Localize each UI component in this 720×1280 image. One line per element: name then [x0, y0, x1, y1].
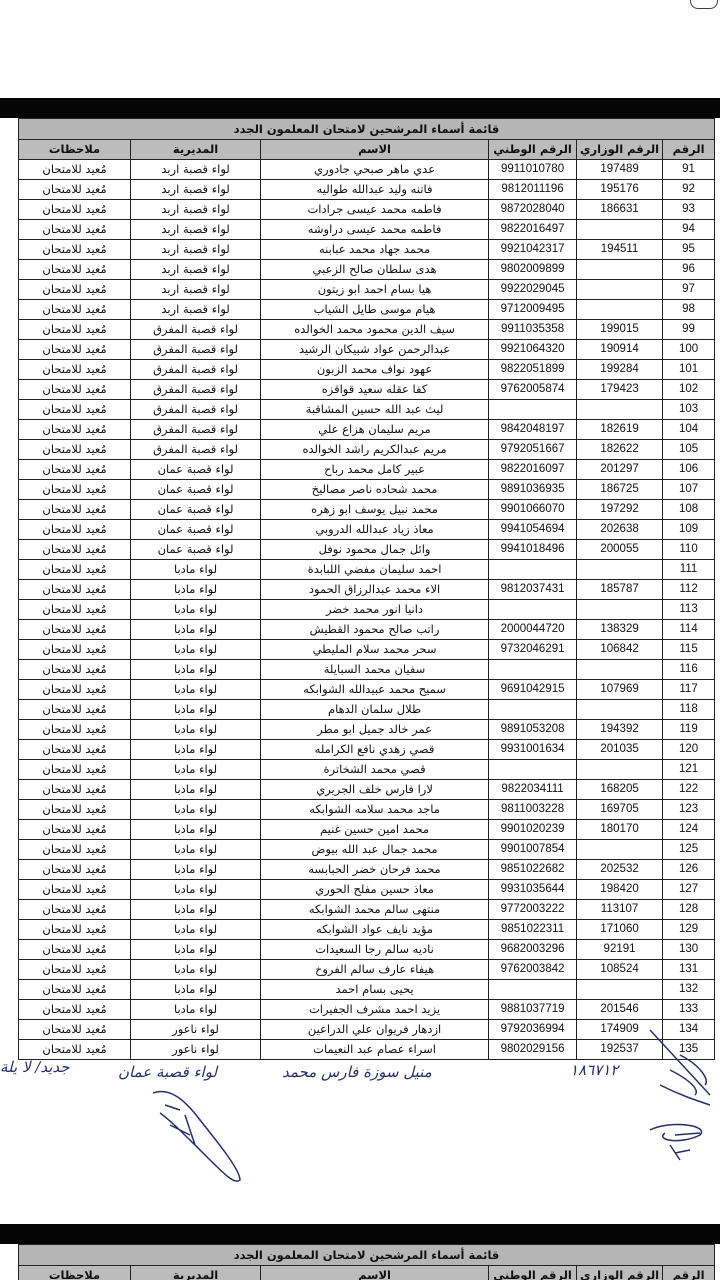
- directorate-cell: لواء قصبة اربد: [131, 160, 261, 180]
- national-number-cell: 9891036935: [489, 480, 577, 500]
- table-row: 1071867259891036935محمد شحاده ناصر مصالي…: [19, 480, 715, 500]
- table-row: 1171079699691042915سميح محمد عبيدالله ال…: [19, 680, 715, 700]
- next-col-header-directorate: المديرية: [131, 1266, 261, 1280]
- table-row: 1311085249762003842هيفاء عارف سالم الفرو…: [19, 960, 715, 980]
- candidate-name-cell: هيفاء عارف سالم الفروخ: [261, 960, 489, 980]
- notes-cell: مُعيد للامتحان: [19, 340, 131, 360]
- row-number-cell: 125: [663, 840, 715, 860]
- candidate-name-cell: ماجد محمد سلامه الشوابكه: [261, 800, 489, 820]
- candidate-name-cell: سميح محمد عبيدالله الشوابكه: [261, 680, 489, 700]
- row-number-cell: 100: [663, 340, 715, 360]
- national-number-cell: 9901020239: [489, 820, 577, 840]
- notes-cell: مُعيد للامتحان: [19, 880, 131, 900]
- row-number-cell: 128: [663, 900, 715, 920]
- ministry-number-cell: 197292: [577, 500, 663, 520]
- row-number-cell: 129: [663, 920, 715, 940]
- candidate-name-cell: دانيا انور محمد خضر: [261, 600, 489, 620]
- national-number-cell: 9931035644: [489, 880, 577, 900]
- table-row: 1281131079772003222منتهى سالم محمد الشوا…: [19, 900, 715, 920]
- notes-cell: مُعيد للامتحان: [19, 820, 131, 840]
- candidate-name-cell: يحيى بسام احمد: [261, 980, 489, 1000]
- ministry-number-cell: 194511: [577, 240, 663, 260]
- directorate-cell: لواء ناعور: [131, 1040, 261, 1060]
- ministry-number-cell: 202532: [577, 860, 663, 880]
- directorate-cell: لواء مادبا: [131, 960, 261, 980]
- handwritten-status: جديد/ لا يلة: [0, 1058, 70, 1076]
- row-number-cell: 112: [663, 580, 715, 600]
- notes-cell: مُعيد للامتحان: [19, 400, 131, 420]
- table-row: 1151068429732046291سحر محمد سلام المليطي…: [19, 640, 715, 660]
- candidate-name-cell: ازدهار فريوان علي الدراعين: [261, 1020, 489, 1040]
- candidate-name-cell: احمد سليمان مفضي اللبابدة: [261, 560, 489, 580]
- table-body: 911974899911010780عدي ماهر صبحي جادوريلو…: [19, 160, 715, 1060]
- table-row: 949822016497فاطمه محمد عيسى دراوشهلواء ق…: [19, 220, 715, 240]
- directorate-cell: لواء مادبا: [131, 980, 261, 1000]
- next-page-title: قائمة أسماء المرشحين لامتحان المعلمون ال…: [19, 1245, 715, 1266]
- row-number-cell: 107: [663, 480, 715, 500]
- directorate-cell: لواء مادبا: [131, 700, 261, 720]
- scan-band-bottom: [0, 1224, 720, 1244]
- row-number-cell: 131: [663, 960, 715, 980]
- notes-cell: مُعيد للامتحان: [19, 240, 131, 260]
- next-col-header-number: الرقم: [663, 1266, 715, 1280]
- ministry-number-cell: [577, 400, 663, 420]
- notes-cell: مُعيد للامتحان: [19, 480, 131, 500]
- table-title: قائمة أسماء المرشحين لامتحان المعلمون ال…: [19, 119, 715, 140]
- table-row: 1041826199842048197مريم سليمان هزاع عليل…: [19, 420, 715, 440]
- next-col-header-national-number: الرقم الوطني: [489, 1266, 577, 1280]
- candidate-name-cell: محمد شحاده ناصر مصاليخ: [261, 480, 489, 500]
- directorate-cell: لواء قصبة عمان: [131, 500, 261, 520]
- ministry-number-cell: 168205: [577, 780, 663, 800]
- ministry-number-cell: [577, 300, 663, 320]
- notes-cell: مُعيد للامتحان: [19, 800, 131, 820]
- candidates-table: قائمة أسماء المرشحين لامتحان المعلمون ال…: [18, 118, 715, 1060]
- national-number-cell: 9881037719: [489, 1000, 577, 1020]
- candidate-name-cell: سفيان محمد السبايلة: [261, 660, 489, 680]
- candidate-name-cell: يزيد احمد مشرف الجفيرات: [261, 1000, 489, 1020]
- row-number-cell: 104: [663, 420, 715, 440]
- row-number-cell: 115: [663, 640, 715, 660]
- table-row: 989712009495هيام موسى طايل الشيابلواء قص…: [19, 300, 715, 320]
- directorate-cell: لواء قصبة عمان: [131, 520, 261, 540]
- table-row: 1092026389941054694معاذ زياد عبدالله الد…: [19, 520, 715, 540]
- ministry-number-cell: 179423: [577, 380, 663, 400]
- candidate-name-cell: محمد امين حسين غنيم: [261, 820, 489, 840]
- directorate-cell: لواء مادبا: [131, 940, 261, 960]
- notes-cell: مُعيد للامتحان: [19, 980, 131, 1000]
- notes-cell: مُعيد للامتحان: [19, 600, 131, 620]
- candidate-name-cell: هدى سلطان صالح الزعبي: [261, 260, 489, 280]
- national-number-cell: 9922029045: [489, 280, 577, 300]
- notes-cell: مُعيد للامتحان: [19, 580, 131, 600]
- table-row: 1221682059822034111لارا فارس خلف الجريري…: [19, 780, 715, 800]
- table-title-row: قائمة أسماء المرشحين لامتحان المعلمون ال…: [19, 119, 715, 140]
- notes-cell: مُعيد للامتحان: [19, 620, 131, 640]
- candidate-name-cell: سحر محمد سلام المليطي: [261, 640, 489, 660]
- next-page-title-row: قائمة أسماء المرشحين لامتحان المعلمون ال…: [19, 1245, 715, 1266]
- notes-cell: مُعيد للامتحان: [19, 960, 131, 980]
- notes-cell: مُعيد للامتحان: [19, 720, 131, 740]
- notes-cell: مُعيد للامتحان: [19, 260, 131, 280]
- national-number-cell: 9842048197: [489, 420, 577, 440]
- candidate-name-cell: راتب صالح محمود القطيش: [261, 620, 489, 640]
- ministry-number-cell: [577, 760, 663, 780]
- national-number-cell: [489, 660, 577, 680]
- candidate-name-cell: هيا بسام احمد ابو زيتون: [261, 280, 489, 300]
- row-number-cell: 127: [663, 880, 715, 900]
- notes-cell: مُعيد للامتحان: [19, 540, 131, 560]
- notes-cell: مُعيد للامتحان: [19, 460, 131, 480]
- row-number-cell: 97: [663, 280, 715, 300]
- directorate-cell: لواء قصبة المفرق: [131, 420, 261, 440]
- national-number-cell: 9802009899: [489, 260, 577, 280]
- directorate-cell: لواء قصبة اربد: [131, 300, 261, 320]
- national-number-cell: 9772003222: [489, 900, 577, 920]
- national-number-cell: 9931001634: [489, 740, 577, 760]
- table-row: 1062012979822016097عبير كامل محمد رباحلو…: [19, 460, 715, 480]
- table-row: 118طلال سلمان الدهاملواء مادبامُعيد للام…: [19, 700, 715, 720]
- ministry-number-cell: 197489: [577, 160, 663, 180]
- row-number-cell: 109: [663, 520, 715, 540]
- candidate-name-cell: مؤيد نايف عواد الشوابكه: [261, 920, 489, 940]
- row-number-cell: 98: [663, 300, 715, 320]
- national-number-cell: 9822051899: [489, 360, 577, 380]
- notes-cell: مُعيد للامتحان: [19, 520, 131, 540]
- national-number-cell: 9802029156: [489, 1040, 577, 1060]
- notes-cell: مُعيد للامتحان: [19, 680, 131, 700]
- ministry-number-cell: [577, 560, 663, 580]
- directorate-cell: لواء مادبا: [131, 840, 261, 860]
- table-row: 1051826229792051667مريم عبدالكريم راشد ا…: [19, 440, 715, 460]
- directorate-cell: لواء مادبا: [131, 720, 261, 740]
- candidate-name-cell: هيام موسى طايل الشياب: [261, 300, 489, 320]
- row-number-cell: 106: [663, 460, 715, 480]
- row-number-cell: 105: [663, 440, 715, 460]
- row-number-cell: 119: [663, 720, 715, 740]
- ministry-number-cell: [577, 280, 663, 300]
- row-number-cell: 122: [663, 780, 715, 800]
- notes-cell: مُعيد للامتحان: [19, 1040, 131, 1060]
- directorate-cell: لواء مادبا: [131, 800, 261, 820]
- candidate-name-cell: الاء محمد عبدالرزاق الحمود: [261, 580, 489, 600]
- candidate-name-cell: محمد جمال عبد الله بيوض: [261, 840, 489, 860]
- ministry-number-cell: 201546: [577, 1000, 663, 1020]
- candidate-name-cell: عمر خالد جميل ابو مطر: [261, 720, 489, 740]
- candidate-name-cell: معاذ حسين مفلح الحوري: [261, 880, 489, 900]
- national-number-cell: 9851022311: [489, 920, 577, 940]
- national-number-cell: 9901066070: [489, 500, 577, 520]
- handwritten-name: منيل سوزة فارس محمد: [282, 1063, 432, 1081]
- candidate-name-cell: طلال سلمان الدهام: [261, 700, 489, 720]
- national-number-cell: 9822016097: [489, 460, 577, 480]
- directorate-cell: لواء قصبة اربد: [131, 280, 261, 300]
- row-number-cell: 101: [663, 360, 715, 380]
- table-row: 1291710609851022311مؤيد نايف عواد الشواب…: [19, 920, 715, 940]
- table-row: 132يحيى بسام احمدلواء مادبامُعيد للامتحا…: [19, 980, 715, 1000]
- notes-cell: مُعيد للامتحان: [19, 360, 131, 380]
- table-row: 1001909149921064320عبدالرحمن عواد شبيكان…: [19, 340, 715, 360]
- candidate-name-cell: عدي ماهر صبحي جادوري: [261, 160, 489, 180]
- table-row: 1259901007854محمد جمال عبد الله بيوضلواء…: [19, 840, 715, 860]
- directorate-cell: لواء مادبا: [131, 660, 261, 680]
- col-header-national-number: الرقم الوطني: [489, 140, 577, 160]
- ministry-number-cell: [577, 260, 663, 280]
- next-col-header-name: الاسم: [261, 1266, 489, 1280]
- ministry-number-cell: 182622: [577, 440, 663, 460]
- directorate-cell: لواء مادبا: [131, 620, 261, 640]
- table-row: 1241801709901020239محمد امين حسين غنيملو…: [19, 820, 715, 840]
- row-number-cell: 94: [663, 220, 715, 240]
- table-row: 113دانيا انور محمد خضرلواء مادبامُعيد لل…: [19, 600, 715, 620]
- national-number-cell: [489, 600, 577, 620]
- row-number-cell: 103: [663, 400, 715, 420]
- candidate-name-cell: عهود نواف محمد الزبون: [261, 360, 489, 380]
- candidate-name-cell: محمد جهاد محمد عبابنه: [261, 240, 489, 260]
- directorate-cell: لواء مادبا: [131, 860, 261, 880]
- directorate-cell: لواء مادبا: [131, 880, 261, 900]
- candidate-name-cell: ناديه سالم رجا السعيدات: [261, 940, 489, 960]
- row-number-cell: 113: [663, 600, 715, 620]
- national-number-cell: 9851022682: [489, 860, 577, 880]
- national-number-cell: 9911010780: [489, 160, 577, 180]
- directorate-cell: لواء قصبة المفرق: [131, 340, 261, 360]
- directorate-cell: لواء ناعور: [131, 1020, 261, 1040]
- ministry-number-cell: [577, 840, 663, 860]
- row-number-cell: 114: [663, 620, 715, 640]
- national-number-cell: [489, 700, 577, 720]
- table-row: 1341749099792036994ازدهار فريوان علي الد…: [19, 1020, 715, 1040]
- row-number-cell: 93: [663, 200, 715, 220]
- table-row: 103ليث عبد الله حسين المشاقبةلواء قصبة ا…: [19, 400, 715, 420]
- candidate-name-cell: عبدالرحمن عواد شبيكان الرشيد: [261, 340, 489, 360]
- national-number-cell: 2000044720: [489, 620, 577, 640]
- col-header-ministry-number: الرقم الوزاري: [577, 140, 663, 160]
- national-number-cell: 9911035358: [489, 320, 577, 340]
- table-row: 1011992849822051899عهود نواف محمد الزبون…: [19, 360, 715, 380]
- directorate-cell: لواء مادبا: [131, 580, 261, 600]
- ministry-number-cell: 138329: [577, 620, 663, 640]
- candidate-name-cell: فاطمه محمد عيسى دراوشه: [261, 220, 489, 240]
- national-number-cell: 9792051667: [489, 440, 577, 460]
- signature-right: [640, 1025, 720, 1175]
- handwritten-directorate: لواء قصبة عمان: [118, 1063, 217, 1081]
- directorate-cell: لواء قصبة اربد: [131, 200, 261, 220]
- table-row: 121قصي محمد الشخاترةلواء مادبامُعيد للام…: [19, 760, 715, 780]
- table-row: 951945119921042317محمد جهاد محمد عبابنهل…: [19, 240, 715, 260]
- row-number-cell: 92: [663, 180, 715, 200]
- col-header-number: الرقم: [663, 140, 715, 160]
- directorate-cell: لواء مادبا: [131, 820, 261, 840]
- ministry-number-cell: 108524: [577, 960, 663, 980]
- ministry-number-cell: [577, 700, 663, 720]
- directorate-cell: لواء قصبة المفرق: [131, 440, 261, 460]
- notes-cell: مُعيد للامتحان: [19, 300, 131, 320]
- candidate-name-cell: اسراء عصام عبد النعيمات: [261, 1040, 489, 1060]
- table-row: 1191943929891053208عمر خالد جميل ابو مطر…: [19, 720, 715, 740]
- row-number-cell: 99: [663, 320, 715, 340]
- ministry-number-cell: 169705: [577, 800, 663, 820]
- national-number-cell: 9822016497: [489, 220, 577, 240]
- national-number-cell: 9921042317: [489, 240, 577, 260]
- national-number-cell: 9822034111: [489, 780, 577, 800]
- candidate-name-cell: فاطمه محمد عيسى جرادات: [261, 200, 489, 220]
- table-row: 931866319872028040فاطمه محمد عيسى جرادات…: [19, 200, 715, 220]
- next-col-header-ministry-number: الرقم الوزاري: [577, 1266, 663, 1280]
- candidate-name-cell: قصي محمد الشخاترة: [261, 760, 489, 780]
- row-number-cell: 120: [663, 740, 715, 760]
- directorate-cell: لواء مادبا: [131, 900, 261, 920]
- directorate-cell: لواء قصبة اربد: [131, 260, 261, 280]
- row-number-cell: 133: [663, 1000, 715, 1020]
- notes-cell: مُعيد للامتحان: [19, 160, 131, 180]
- ministry-number-cell: [577, 980, 663, 1000]
- directorate-cell: لواء قصبة اربد: [131, 220, 261, 240]
- row-number-cell: 111: [663, 560, 715, 580]
- candidate-name-cell: لارا فارس خلف الجريري: [261, 780, 489, 800]
- directorate-cell: لواء قصبة عمان: [131, 480, 261, 500]
- row-number-cell: 124: [663, 820, 715, 840]
- ministry-number-cell: 202638: [577, 520, 663, 540]
- candidate-name-cell: كفا عقله سعيد قواقزه: [261, 380, 489, 400]
- next-col-header-notes: ملاحظات: [19, 1266, 131, 1280]
- directorate-cell: لواء قصبة المفرق: [131, 380, 261, 400]
- ministry-number-cell: [577, 660, 663, 680]
- row-number-cell: 91: [663, 160, 715, 180]
- notes-cell: مُعيد للامتحان: [19, 740, 131, 760]
- candidate-name-cell: ليث عبد الله حسين المشاقبة: [261, 400, 489, 420]
- notes-cell: مُعيد للامتحان: [19, 560, 131, 580]
- table-row: 1121857879812037431الاء محمد عبدالرزاق ا…: [19, 580, 715, 600]
- directorate-cell: لواء مادبا: [131, 760, 261, 780]
- notes-cell: مُعيد للامتحان: [19, 700, 131, 720]
- ministry-number-cell: 195176: [577, 180, 663, 200]
- ministry-number-cell: 201297: [577, 460, 663, 480]
- candidate-name-cell: فاتنه وليد عبدالله طواليه: [261, 180, 489, 200]
- signature-left: [145, 1085, 255, 1195]
- table-row: 130921919682003296ناديه سالم رجا السعيدا…: [19, 940, 715, 960]
- col-header-notes: ملاحظات: [19, 140, 131, 160]
- candidate-name-cell: سيف الدين محمود محمد الخوالده: [261, 320, 489, 340]
- national-number-cell: 9901007854: [489, 840, 577, 860]
- directorate-cell: لواء مادبا: [131, 640, 261, 660]
- national-number-cell: 9762003842: [489, 960, 577, 980]
- scan-band-top: [0, 98, 720, 118]
- national-number-cell: 9682003296: [489, 940, 577, 960]
- national-number-cell: 9891053208: [489, 720, 577, 740]
- national-number-cell: 9762005874: [489, 380, 577, 400]
- ministry-number-cell: 199015: [577, 320, 663, 340]
- directorate-cell: لواء مادبا: [131, 560, 261, 580]
- candidate-name-cell: معاذ زياد عبدالله الدروبي: [261, 520, 489, 540]
- candidate-name-cell: محمد نبيل يوسف ابو زهره: [261, 500, 489, 520]
- notes-cell: مُعيد للامتحان: [19, 640, 131, 660]
- table-row: 1021794239762005874كفا عقله سعيد قواقزهل…: [19, 380, 715, 400]
- row-number-cell: 126: [663, 860, 715, 880]
- col-header-name: الاسم: [261, 140, 489, 160]
- directorate-cell: لواء قصبة المفرق: [131, 320, 261, 340]
- ministry-number-cell: 201035: [577, 740, 663, 760]
- candidate-name-cell: مريم عبدالكريم راشد الخوالده: [261, 440, 489, 460]
- national-number-cell: 9941018496: [489, 540, 577, 560]
- ministry-number-cell: 180170: [577, 820, 663, 840]
- national-number-cell: [489, 980, 577, 1000]
- row-number-cell: 116: [663, 660, 715, 680]
- national-number-cell: 9941054694: [489, 520, 577, 540]
- table-row: 1102000559941018496وائل جمال محمود نوفلل…: [19, 540, 715, 560]
- candidate-name-cell: عبير كامل محمد رباح: [261, 460, 489, 480]
- table-row: 1081972929901066070محمد نبيل يوسف ابو زه…: [19, 500, 715, 520]
- row-number-cell: 121: [663, 760, 715, 780]
- ministry-number-cell: 185787: [577, 580, 663, 600]
- notes-cell: مُعيد للامتحان: [19, 780, 131, 800]
- directorate-cell: لواء قصبة عمان: [131, 540, 261, 560]
- ministry-number-cell: 182619: [577, 420, 663, 440]
- candidate-name-cell: محمد فرحان خضر الحبابسه: [261, 860, 489, 880]
- candidate-name-cell: منتهى سالم محمد الشوابكه: [261, 900, 489, 920]
- notes-cell: مُعيد للامتحان: [19, 320, 131, 340]
- table-row: 1332015469881037719يزيد احمد مشرف الجفير…: [19, 1000, 715, 1020]
- notes-cell: مُعيد للامتحان: [19, 860, 131, 880]
- candidate-name-cell: وائل جمال محمود نوفل: [261, 540, 489, 560]
- national-number-cell: [489, 760, 577, 780]
- table-row: 1141383292000044720راتب صالح محمود القطي…: [19, 620, 715, 640]
- candidate-name-cell: مريم سليمان هزاع علي: [261, 420, 489, 440]
- row-number-cell: 130: [663, 940, 715, 960]
- notes-cell: مُعيد للامتحان: [19, 440, 131, 460]
- notes-cell: مُعيد للامتحان: [19, 900, 131, 920]
- table-header-row: الرقم الرقم الوزاري الرقم الوطني الاسم ا…: [19, 140, 715, 160]
- notes-cell: مُعيد للامتحان: [19, 500, 131, 520]
- candidate-name-cell: قصي زهدي نافع الكرامله: [261, 740, 489, 760]
- ministry-number-cell: 194392: [577, 720, 663, 740]
- row-number-cell: 108: [663, 500, 715, 520]
- ministry-number-cell: 198420: [577, 880, 663, 900]
- national-number-cell: [489, 400, 577, 420]
- ministry-number-cell: [577, 220, 663, 240]
- notes-cell: مُعيد للامتحان: [19, 660, 131, 680]
- national-number-cell: 9812011196: [489, 180, 577, 200]
- table-row: 1202010359931001634قصي زهدي نافع الكرامل…: [19, 740, 715, 760]
- corner-ink-mark: [690, 0, 718, 9]
- handwritten-number: ١٨٦٧١٢: [570, 1061, 618, 1079]
- ministry-number-cell: 190914: [577, 340, 663, 360]
- directorate-cell: لواء مادبا: [131, 600, 261, 620]
- notes-cell: مُعيد للامتحان: [19, 220, 131, 240]
- table-row: 1231697059811003228ماجد محمد سلامه الشوا…: [19, 800, 715, 820]
- notes-cell: مُعيد للامتحان: [19, 280, 131, 300]
- row-number-cell: 123: [663, 800, 715, 820]
- col-header-directorate: المديرية: [131, 140, 261, 160]
- notes-cell: مُعيد للامتحان: [19, 840, 131, 860]
- ministry-number-cell: 171060: [577, 920, 663, 940]
- national-number-cell: 9872028040: [489, 200, 577, 220]
- ministry-number-cell: 199284: [577, 360, 663, 380]
- national-number-cell: 9792036994: [489, 1020, 577, 1040]
- directorate-cell: لواء مادبا: [131, 780, 261, 800]
- table-row: 111احمد سليمان مفضي اللبابدةلواء مادبامُ…: [19, 560, 715, 580]
- national-number-cell: 9812037431: [489, 580, 577, 600]
- row-number-cell: 102: [663, 380, 715, 400]
- row-number-cell: 95: [663, 240, 715, 260]
- next-page-table-header: قائمة أسماء المرشحين لامتحان المعلمون ال…: [18, 1244, 715, 1280]
- row-number-cell: 110: [663, 540, 715, 560]
- table-row: 979922029045هيا بسام احمد ابو زيتونلواء …: [19, 280, 715, 300]
- directorate-cell: لواء مادبا: [131, 680, 261, 700]
- national-number-cell: 9691042915: [489, 680, 577, 700]
- directorate-cell: لواء قصبة عمان: [131, 460, 261, 480]
- directorate-cell: لواء مادبا: [131, 1000, 261, 1020]
